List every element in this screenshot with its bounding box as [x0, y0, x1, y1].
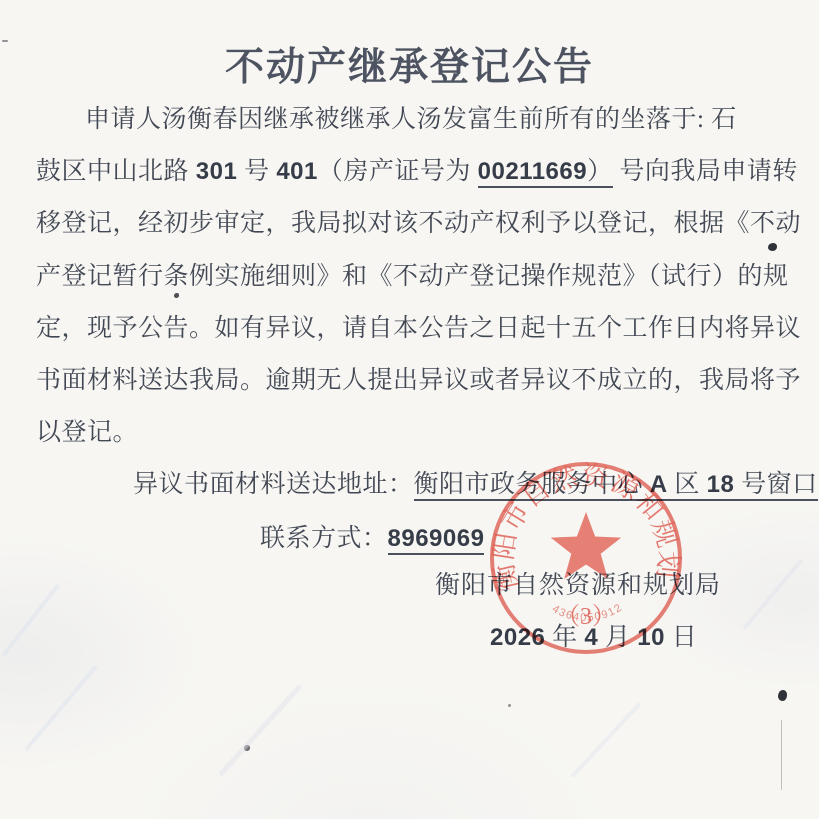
bleedthrough-artifact — [2, 583, 61, 656]
body-line-3: 移登记，经初步审定，我局拟对该不动产权利予以登记，根据《不动 — [36, 207, 791, 241]
bleedthrough-artifact — [218, 684, 302, 777]
ink-speck — [768, 243, 777, 251]
scan-line-artifact — [781, 720, 782, 790]
street-number: 301 — [196, 158, 238, 185]
objection-address-label: 异议书面材料送达地址： — [133, 471, 414, 498]
body-line-5: 定，现予公告。如有异议，请自本公告之日起十五个工作日内将异议 — [36, 312, 791, 346]
body-text: 定，现予公告。如有异议，请自本公告之日起十五个工作日内将异议 — [36, 315, 801, 342]
body-text: ） — [587, 158, 613, 185]
body-text: 移登记，经初步审定，我局拟对该不动产权利予以登记，根据《不动 — [36, 210, 801, 237]
contact-label: 联系方式： — [260, 525, 388, 552]
document-page: 不动产继承登记公告 申请人汤衡春因继承被继承人汤发富生前所有的坐落于: 石 鼓区… — [0, 0, 819, 819]
body-text: 号 — [237, 158, 276, 185]
body-text: 以登记。 — [36, 419, 138, 446]
official-seal: 衡阳市自然资源和规划局 （3） 43640509121 — [466, 438, 706, 678]
body-text: 产登记暂行条例实施细则》和《不动产登记操作规范》（试行）的规 — [36, 263, 789, 290]
property-cert-number: 00211669 — [478, 158, 587, 185]
window-number: 18 — [707, 471, 735, 498]
ink-speck — [778, 690, 787, 701]
body-line-1: 申请人汤衡春因继承被继承人汤发富生前所有的坐落于: 石 — [36, 103, 791, 137]
body-line-6: 书面材料送达我局。逾期无人提出异议或者异议不成立的，我局将予 — [36, 364, 791, 398]
body-line-2: 鼓区中山北路 301 号 401（房产证号为 00211669） 号向我局申请转 — [36, 155, 791, 189]
body-text: （房产证号为 — [318, 158, 478, 185]
ink-speck — [174, 293, 179, 298]
star-icon — [551, 512, 621, 579]
body-text: 号向我局申请转 — [613, 158, 798, 185]
unit-number: 401 — [276, 158, 318, 185]
ink-speck — [2, 40, 8, 42]
body-text: 鼓区中山北路 — [36, 158, 196, 185]
bleedthrough-artifact — [24, 665, 98, 752]
bleedthrough-artifact — [570, 702, 641, 778]
ink-speck — [508, 704, 511, 707]
body-line-4: 产登记暂行条例实施细则》和《不动产登记操作规范》（试行）的规 — [36, 260, 791, 294]
body-text: 申请人汤衡春因继承被继承人汤发富生前所有的坐落于: 石 — [85, 106, 737, 133]
body-text: 书面材料送达我局。逾期无人提出异议或者异议不成立的，我局将予 — [36, 367, 801, 394]
page-title: 不动产继承登记公告 — [0, 36, 819, 92]
